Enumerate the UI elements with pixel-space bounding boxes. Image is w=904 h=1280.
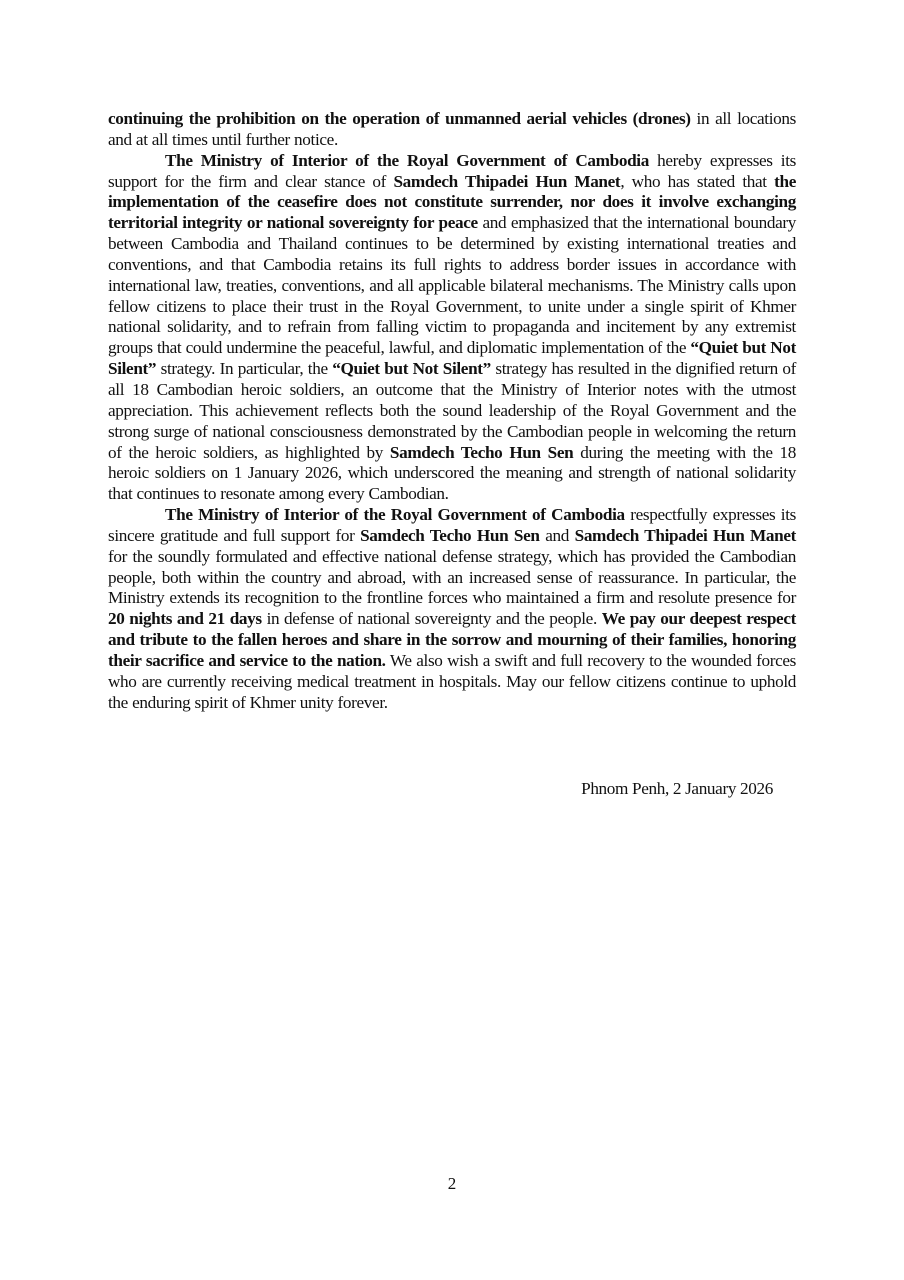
bold-text: 20 nights and 21 days: [108, 609, 262, 628]
signature-place-date: Phnom Penh, 2 January 2026: [108, 779, 773, 800]
bold-text: “Quiet but Not Silent”: [332, 359, 491, 378]
paragraph-drone-prohibition: continuing the prohibition on the operat…: [108, 109, 796, 151]
text: , who has stated that: [620, 172, 774, 191]
bold-text: The Ministry of Interior of the Royal Go…: [165, 505, 625, 524]
bold-text: Samdech Thipadei Hun Manet: [393, 172, 620, 191]
bold-text: continuing the prohibition on the operat…: [108, 109, 691, 128]
text: in defense of national sovereignty and t…: [262, 609, 602, 628]
text: and emphasized that the international bo…: [108, 213, 796, 357]
document-body: continuing the prohibition on the operat…: [108, 109, 796, 713]
text: and: [540, 526, 575, 545]
text: strategy. In particular, the: [156, 359, 332, 378]
bold-text: Samdech Techo Hun Sen: [390, 443, 573, 462]
bold-text: The Ministry of Interior of the Royal Go…: [165, 151, 649, 170]
bold-text: Samdech Thipadei Hun Manet: [575, 526, 796, 545]
paragraph-ministry-support: The Ministry of Interior of the Royal Go…: [108, 151, 796, 505]
bold-text: Samdech Techo Hun Sen: [360, 526, 540, 545]
paragraph-ministry-gratitude: The Ministry of Interior of the Royal Go…: [108, 505, 796, 713]
page-number: 2: [0, 1174, 904, 1194]
text: for the soundly formulated and effective…: [108, 547, 796, 608]
